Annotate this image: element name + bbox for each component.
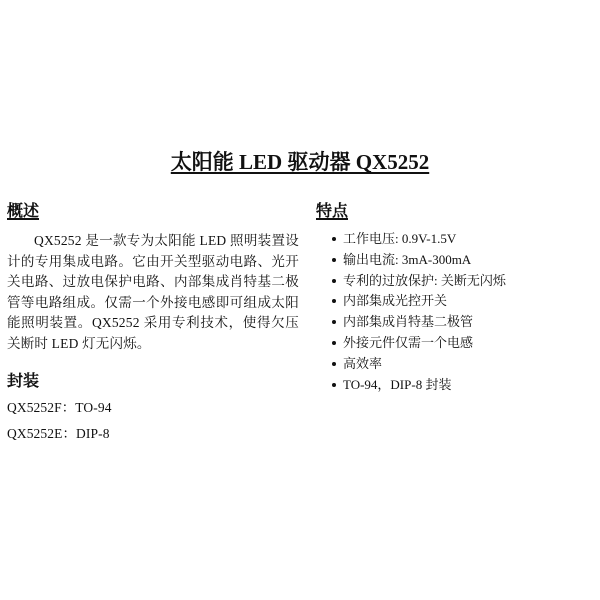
feature-item: 高效率 (332, 354, 596, 375)
package-heading: 封装 (7, 369, 299, 393)
overview-heading: 概述 (7, 199, 299, 223)
package-item: QX5252F：TO-94 (7, 395, 299, 421)
package-list: QX5252F：TO-94 QX5252E：DIP-8 (7, 395, 299, 447)
feature-label: TO-94，DIP-8 封装 (343, 377, 451, 392)
features-heading: 特点 (316, 199, 596, 223)
feature-label: 内部集成光控开关 (343, 293, 447, 308)
feature-item: TO-94，DIP-8 封装 (332, 375, 596, 396)
bullet-icon (332, 258, 336, 262)
feature-item: 工作电压: 0.9V-1.5V (332, 229, 596, 250)
page-title: 太阳能 LED 驱动器 QX5252 (0, 146, 600, 176)
feature-item: 专利的过放保护: 关断无闪烁 (332, 271, 596, 292)
feature-item: 内部集成肖特基二极管 (332, 312, 596, 333)
feature-item: 内部集成光控开关 (332, 291, 596, 312)
feature-item: 外接元件仅需一个电感 (332, 333, 596, 354)
package-section: 封装 QX5252F：TO-94 QX5252E：DIP-8 (7, 369, 299, 447)
overview-section: 概述 QX5252 是一款专为太阳能 LED 照明装置设计的专用集成电路。它由开… (7, 199, 299, 354)
bullet-icon (332, 299, 336, 303)
bullet-icon (332, 237, 336, 241)
features-section: 特点 工作电压: 0.9V-1.5V 输出电流: 3mA-300mA 专利的过放… (316, 199, 596, 395)
feature-label: 专利的过放保护: 关断无闪烁 (343, 273, 506, 288)
left-column: 概述 QX5252 是一款专为太阳能 LED 照明装置设计的专用集成电路。它由开… (7, 199, 299, 447)
feature-label: 内部集成肖特基二极管 (343, 314, 473, 329)
feature-label: 高效率 (343, 356, 382, 371)
feature-list: 工作电压: 0.9V-1.5V 输出电流: 3mA-300mA 专利的过放保护:… (332, 229, 596, 395)
bullet-icon (332, 362, 336, 366)
feature-label: 工作电压: 0.9V-1.5V (343, 231, 456, 246)
bullet-icon (332, 320, 336, 324)
feature-label: 输出电流: 3mA-300mA (343, 252, 471, 267)
bullet-icon (332, 341, 336, 345)
feature-item: 输出电流: 3mA-300mA (332, 250, 596, 271)
right-column: 特点 工作电压: 0.9V-1.5V 输出电流: 3mA-300mA 专利的过放… (316, 199, 596, 395)
bullet-icon (332, 383, 336, 387)
package-item: QX5252E：DIP-8 (7, 421, 299, 447)
bullet-icon (332, 279, 336, 283)
overview-paragraph: QX5252 是一款专为太阳能 LED 照明装置设计的专用集成电路。它由开关型驱… (7, 231, 299, 354)
feature-label: 外接元件仅需一个电感 (343, 335, 473, 350)
